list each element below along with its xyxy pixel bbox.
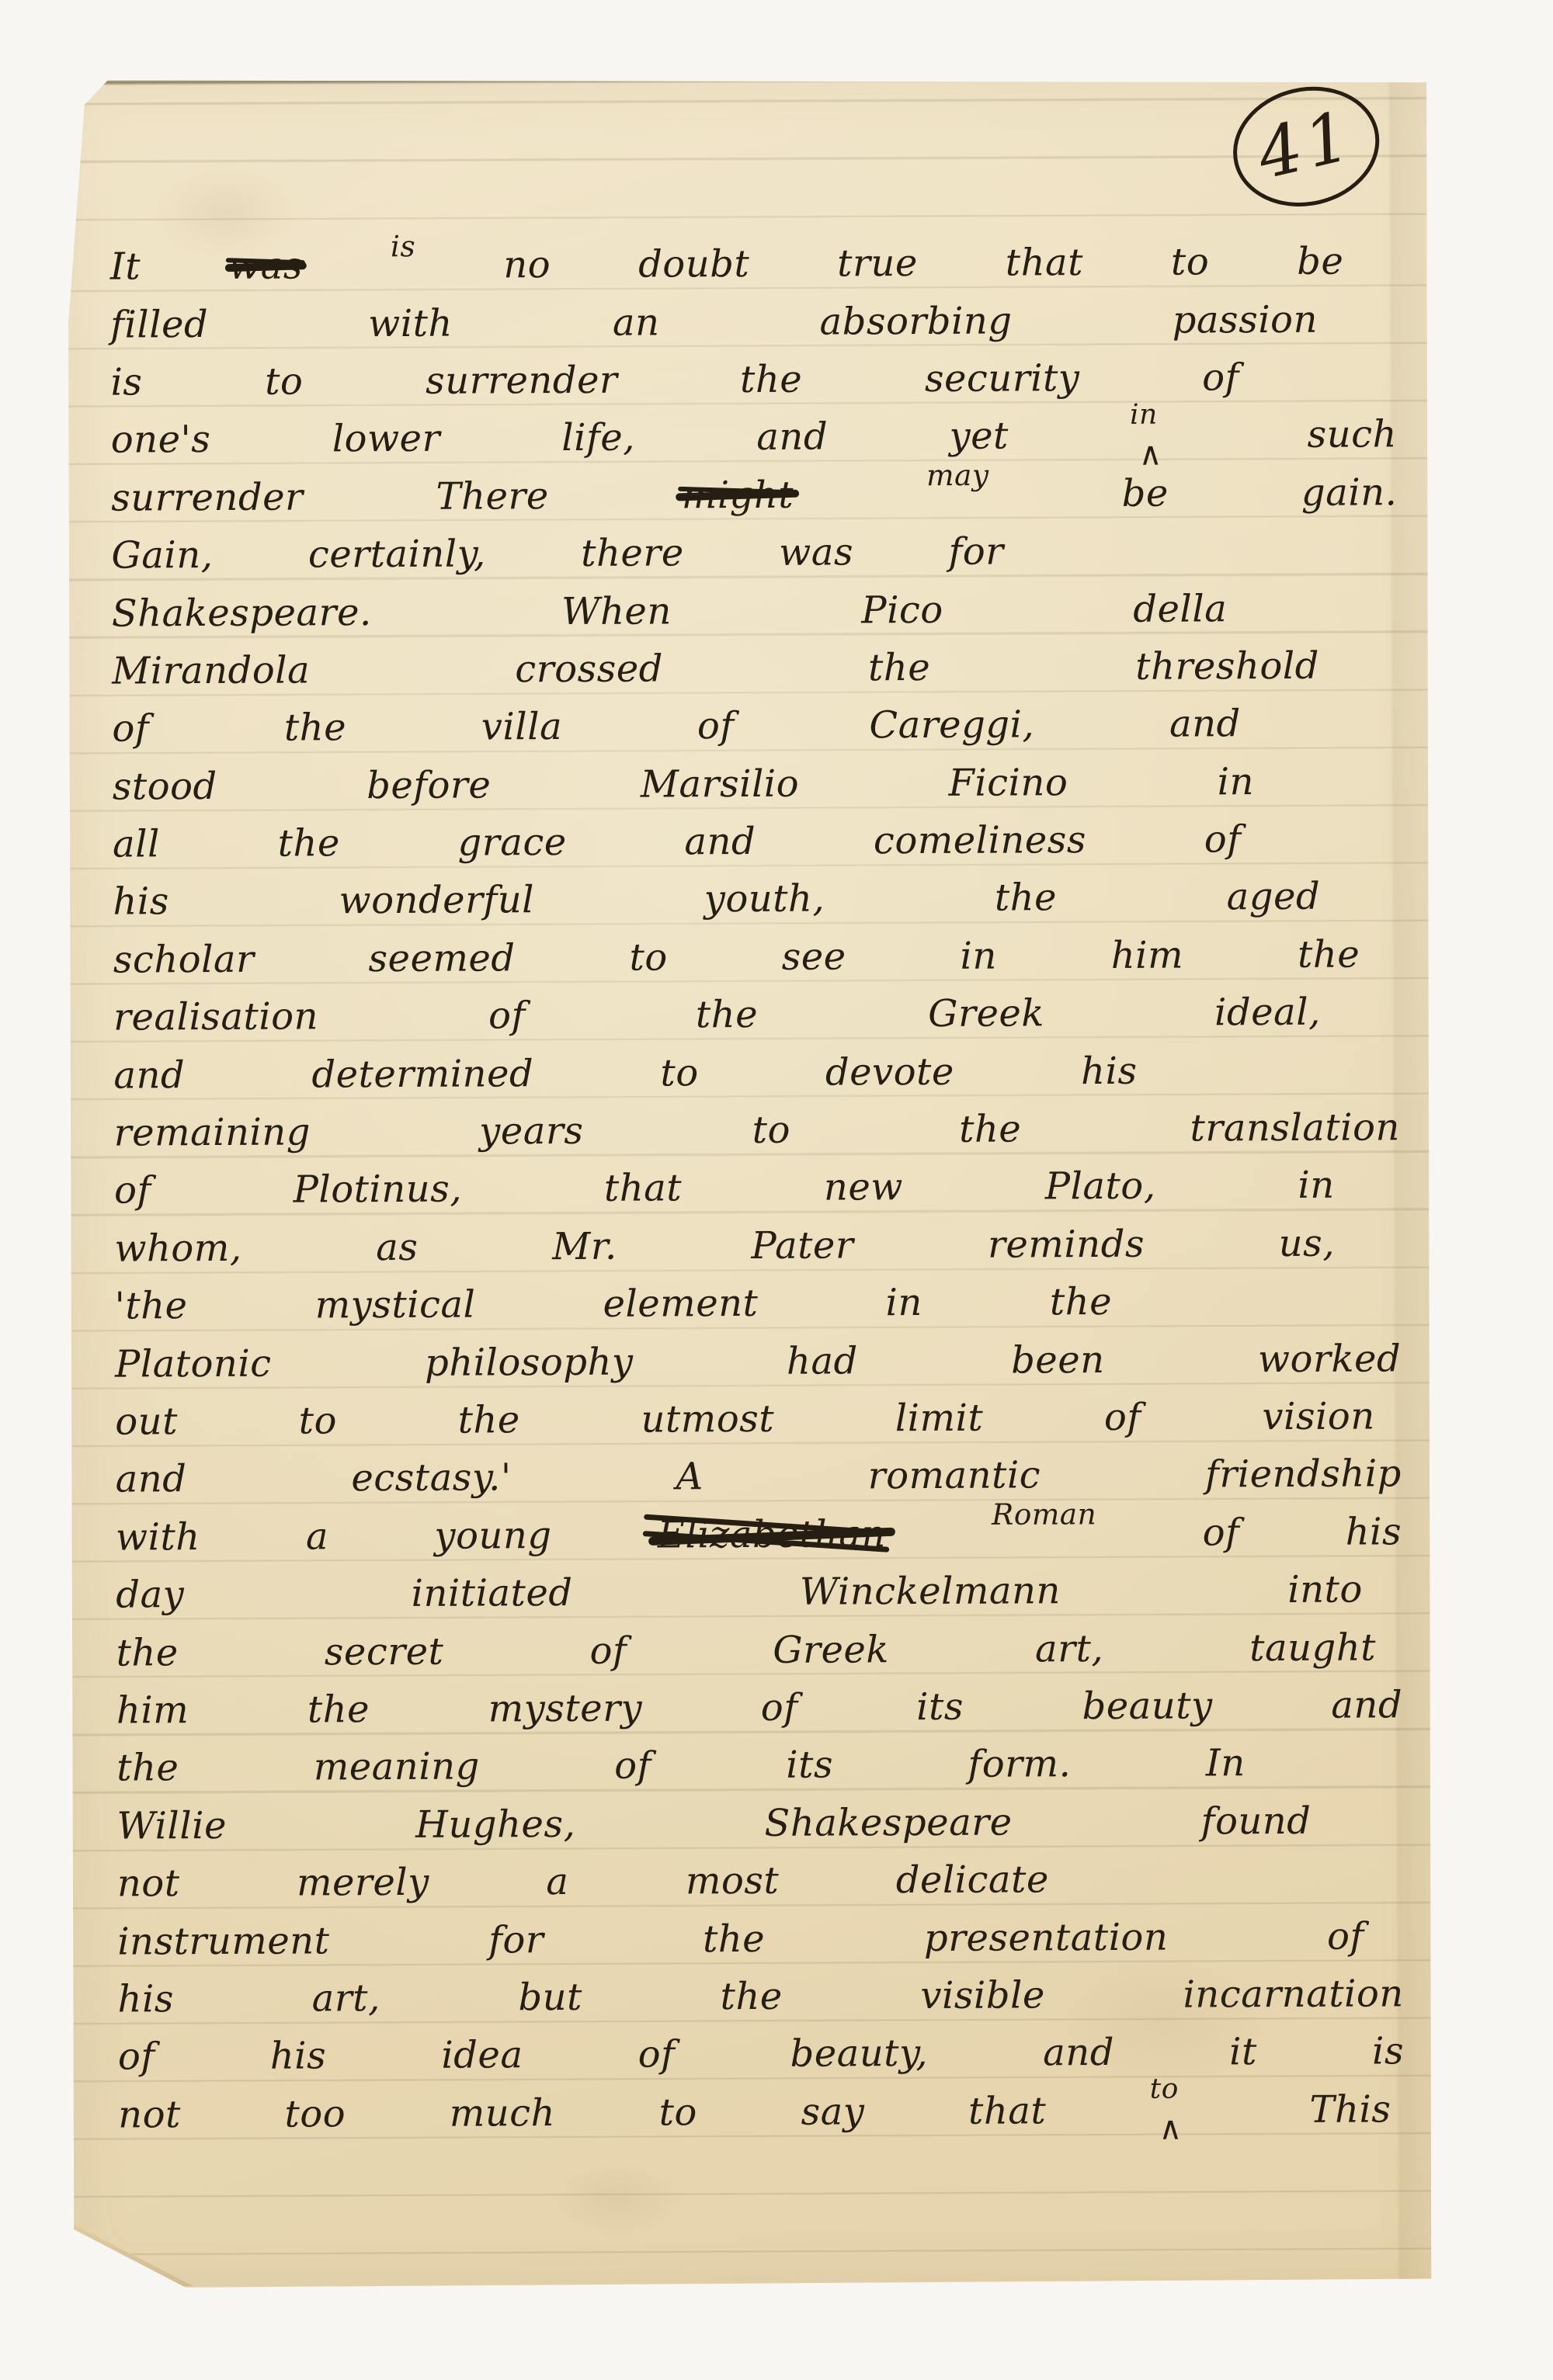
manuscript-line: Gain,certainly,therewasfor bbox=[111, 523, 1004, 585]
word: with bbox=[368, 301, 453, 345]
manuscript-page: 41 Itwasisnodoubttruethattobefilledwitha… bbox=[61, 75, 1437, 2289]
word: passion bbox=[1173, 297, 1318, 342]
word: of bbox=[1203, 1511, 1240, 1554]
word: translation bbox=[1190, 1105, 1400, 1150]
manuscript-line: realisationoftheGreekideal, bbox=[113, 984, 1321, 1046]
word: scholar bbox=[113, 938, 255, 982]
page-number-circle: 41 bbox=[1221, 72, 1391, 221]
word: in bbox=[1218, 760, 1255, 803]
inserted-word: Roman bbox=[992, 1497, 1096, 1532]
word: security bbox=[925, 356, 1080, 401]
caret-mark: ∧ bbox=[1139, 435, 1163, 473]
word: beauty bbox=[1082, 1684, 1212, 1728]
word: had bbox=[787, 1339, 858, 1383]
word: Hughes, bbox=[415, 1802, 575, 1847]
word: determined bbox=[311, 1052, 533, 1096]
word: the bbox=[116, 1747, 179, 1790]
word: delicate bbox=[896, 1858, 1049, 1902]
manuscript-line: hisart,butthevisibleincarnation bbox=[117, 1965, 1403, 2028]
word: lower bbox=[332, 417, 440, 461]
word: incarnation bbox=[1183, 1972, 1403, 2016]
word: of bbox=[1104, 1396, 1141, 1439]
word: his bbox=[1081, 1049, 1138, 1092]
manuscript-line: Itwasisnodoubttruethattobe bbox=[110, 233, 1344, 296]
word: Ficino bbox=[948, 761, 1068, 805]
inserted-word: to bbox=[1150, 2073, 1179, 2105]
word: certainly, bbox=[308, 533, 486, 577]
word: his bbox=[117, 1977, 174, 2021]
word: crossed bbox=[515, 647, 663, 691]
word: of bbox=[761, 1686, 798, 1729]
word: art, bbox=[312, 1976, 380, 2020]
manuscript-line: filledwithanabsorbingpassion bbox=[110, 290, 1318, 353]
word: to bbox=[629, 935, 667, 979]
word: found bbox=[1201, 1799, 1312, 1844]
word: and bbox=[756, 415, 828, 459]
word: Plotinus, bbox=[294, 1167, 463, 1212]
word: to bbox=[660, 1051, 698, 1095]
word: ecstasy.' bbox=[351, 1456, 511, 1501]
word: in bbox=[960, 934, 997, 977]
word: There bbox=[436, 474, 548, 519]
struck-word: might bbox=[682, 473, 794, 517]
manuscript-line: scholarseemedtoseeinhimthe bbox=[113, 925, 1360, 988]
word: an bbox=[613, 300, 660, 344]
word: no bbox=[503, 243, 551, 286]
word: see bbox=[782, 935, 846, 978]
word: Mr. bbox=[552, 1225, 617, 1268]
word: as bbox=[376, 1226, 418, 1269]
word: of bbox=[614, 1744, 651, 1788]
word: visible bbox=[920, 1973, 1045, 2017]
struck-word: was bbox=[228, 245, 303, 288]
word: the bbox=[1050, 1280, 1112, 1324]
manuscript-line: WillieHughes,Shakespearefound bbox=[116, 1792, 1311, 1854]
word: initiated bbox=[412, 1571, 573, 1615]
word: Shakespeare. bbox=[112, 591, 372, 635]
word: ideal, bbox=[1214, 991, 1321, 1035]
word: limit bbox=[895, 1396, 984, 1440]
word: Willie bbox=[116, 1804, 227, 1848]
word: Winckelmann bbox=[800, 1569, 1061, 1613]
word: the bbox=[278, 821, 340, 865]
word: Marsilio bbox=[641, 762, 800, 806]
word: the bbox=[995, 876, 1057, 920]
folded-corner bbox=[72, 2216, 193, 2287]
word: della bbox=[1133, 587, 1227, 631]
word: the bbox=[307, 1688, 370, 1731]
word: a bbox=[546, 1860, 568, 1903]
word: A bbox=[676, 1455, 703, 1499]
word: is bbox=[110, 360, 142, 404]
word: wonderful bbox=[339, 879, 534, 923]
manuscript-line: Platonicphilosophyhadbeenworked bbox=[115, 1330, 1401, 1393]
word: Careggi, bbox=[869, 703, 1034, 748]
word: whom, bbox=[114, 1226, 241, 1271]
word: there bbox=[581, 532, 684, 576]
word: one's bbox=[111, 418, 211, 462]
word: life, bbox=[561, 416, 635, 460]
word: element bbox=[603, 1282, 758, 1326]
word: aged bbox=[1227, 875, 1321, 919]
word: is bbox=[1372, 2030, 1404, 2073]
word: Platonic bbox=[115, 1341, 272, 1386]
manuscript-line: ofthevillaofCareggi,and bbox=[112, 695, 1241, 758]
word: utmost bbox=[641, 1397, 774, 1442]
word: Pico bbox=[861, 588, 943, 631]
manuscript-line: Shakespeare.WhenPicodella bbox=[112, 580, 1228, 643]
word: When bbox=[561, 589, 672, 633]
word: him bbox=[116, 1688, 189, 1732]
word: philosophy bbox=[425, 1340, 634, 1384]
word: his bbox=[270, 2035, 327, 2078]
word: to bbox=[752, 1108, 790, 1152]
manuscript-line: whom,asMr.Paterremindsus, bbox=[114, 1214, 1335, 1277]
word: Greek bbox=[773, 1628, 889, 1672]
word: the bbox=[116, 1631, 179, 1674]
word: the bbox=[703, 1917, 765, 1960]
word: Mirandola bbox=[112, 648, 310, 692]
word: much bbox=[450, 2091, 555, 2135]
word: of bbox=[697, 704, 735, 748]
word: too bbox=[284, 2092, 346, 2135]
manuscript-line: one'slowerlife,andyetin∧such bbox=[111, 406, 1397, 470]
word: young bbox=[434, 1514, 551, 1558]
word: but bbox=[518, 1976, 582, 2019]
word: and bbox=[116, 1458, 187, 1501]
word: It bbox=[110, 245, 141, 289]
manuscript-line: surrenderTheremightmaybegain. bbox=[111, 463, 1397, 527]
manuscript-line: Mirandolacrossedthethreshold bbox=[112, 637, 1319, 700]
word: gain. bbox=[1301, 470, 1398, 515]
word: grace bbox=[457, 821, 566, 865]
word: into bbox=[1287, 1568, 1363, 1612]
word: of bbox=[638, 2033, 676, 2076]
manuscript-line: remainingyearstothetranslation bbox=[114, 1098, 1400, 1162]
word: and bbox=[113, 1053, 185, 1097]
inserted-word: in bbox=[1130, 398, 1158, 430]
word: in bbox=[885, 1281, 922, 1324]
manuscript-line: withayoungElizabethanRomanofhis bbox=[116, 1503, 1402, 1566]
word: its bbox=[786, 1743, 833, 1787]
word: of bbox=[118, 2035, 155, 2079]
manuscript-text: Itwasisnodoubttruethattobefilledwithanab… bbox=[110, 232, 1431, 2143]
word: that bbox=[968, 2089, 1046, 2132]
word: with bbox=[116, 1515, 200, 1559]
manuscript-line: himthemysteryofitsbeautyand bbox=[116, 1676, 1402, 1740]
word: to bbox=[299, 1399, 337, 1442]
word: beauty, bbox=[790, 2031, 928, 2076]
word: years bbox=[479, 1109, 583, 1154]
word: the bbox=[1298, 932, 1360, 976]
word: his bbox=[1346, 1510, 1402, 1553]
word: doubt bbox=[638, 242, 749, 286]
word: the bbox=[720, 1975, 782, 2018]
word: Shakespeare bbox=[764, 1800, 1012, 1844]
inserted-word: may bbox=[926, 458, 989, 492]
word: of bbox=[488, 994, 526, 1038]
word: of bbox=[589, 1629, 627, 1672]
word: surrender bbox=[426, 359, 618, 403]
word: stood bbox=[113, 765, 217, 809]
manuscript-line: stoodbeforeMarsilioFicinoin bbox=[113, 753, 1255, 816]
word: filled bbox=[110, 303, 208, 347]
manuscript-line: hiswonderfulyouth,theaged bbox=[113, 868, 1320, 931]
word: and bbox=[1043, 2031, 1114, 2074]
manuscript-line: nottoomuchtosaythatto∧This bbox=[118, 2080, 1391, 2144]
word: secret bbox=[325, 1629, 444, 1674]
word: before bbox=[367, 763, 491, 807]
word: and bbox=[684, 820, 756, 863]
word: and bbox=[1169, 703, 1241, 746]
word: that bbox=[604, 1167, 682, 1210]
word: all bbox=[113, 822, 160, 866]
word: to bbox=[265, 359, 303, 403]
word: out bbox=[115, 1400, 178, 1443]
word: us, bbox=[1279, 1222, 1336, 1265]
word: vision bbox=[1262, 1394, 1375, 1438]
manuscript-line: ofhisideaofbeauty,anditis bbox=[118, 2022, 1404, 2086]
word: Plato, bbox=[1045, 1164, 1156, 1209]
word: instrument bbox=[117, 1919, 329, 1963]
word: villa bbox=[481, 705, 563, 748]
word: and bbox=[1331, 1683, 1402, 1726]
word: presentation bbox=[924, 1915, 1169, 1959]
word: Gain, bbox=[111, 533, 213, 578]
manuscript-line: 'themysticalelementinthe bbox=[115, 1273, 1113, 1335]
word: of bbox=[114, 1169, 151, 1213]
word: 'the bbox=[115, 1284, 188, 1327]
manuscript-line: themeaningofitsform.In bbox=[116, 1734, 1246, 1797]
word: say bbox=[801, 2090, 864, 2133]
scan-background: 41 Itwasisnodoubttruethattobefilledwitha… bbox=[0, 0, 1553, 2380]
word: new bbox=[824, 1166, 903, 1209]
word: of bbox=[1202, 356, 1239, 399]
word: for bbox=[488, 1918, 544, 1962]
word: of bbox=[112, 707, 149, 751]
word: devote bbox=[825, 1050, 954, 1095]
word: realisation bbox=[113, 995, 318, 1039]
word: This bbox=[1309, 2087, 1391, 2131]
word: to bbox=[1171, 241, 1209, 284]
word: his bbox=[113, 880, 169, 924]
word: a bbox=[306, 1514, 328, 1558]
word: to bbox=[659, 2090, 697, 2134]
caret-mark: ∧ bbox=[1159, 2110, 1183, 2147]
word: the bbox=[696, 993, 758, 1036]
word: seemed bbox=[368, 936, 515, 980]
word: remaining bbox=[114, 1111, 311, 1155]
word: of bbox=[1327, 1914, 1364, 1958]
inserted-word-with-caret: in∧ bbox=[1130, 417, 1186, 454]
manuscript-line: ofPlotinus,thatnewPlato,in bbox=[114, 1157, 1335, 1219]
word: art, bbox=[1035, 1627, 1103, 1671]
manuscript-line: allthegraceandcomelinessof bbox=[113, 810, 1242, 873]
word: the bbox=[284, 706, 346, 750]
word: in bbox=[1298, 1164, 1335, 1207]
word: surrender bbox=[111, 475, 304, 519]
word: be bbox=[1297, 240, 1343, 283]
page-number: 41 bbox=[1249, 95, 1361, 195]
manuscript-line: andecstasy.'Aromanticfriendship bbox=[116, 1445, 1402, 1509]
word: that bbox=[1006, 241, 1083, 284]
word: the bbox=[740, 358, 802, 401]
manuscript-line: anddeterminedtodevotehis bbox=[113, 1042, 1137, 1104]
word: friendship bbox=[1205, 1452, 1402, 1497]
word: him bbox=[1111, 933, 1184, 977]
word: the bbox=[458, 1398, 520, 1442]
word: taught bbox=[1249, 1625, 1376, 1670]
word: not bbox=[117, 1861, 180, 1905]
word: be bbox=[1122, 471, 1169, 515]
word: for bbox=[948, 530, 1003, 574]
word: it bbox=[1229, 2030, 1257, 2073]
word: threshold bbox=[1135, 644, 1319, 689]
word: the bbox=[868, 646, 930, 689]
word: been bbox=[1011, 1338, 1105, 1383]
manuscript-line: dayinitiatedWinckelmanninto bbox=[116, 1561, 1363, 1624]
inserted-word-with-caret: to∧ bbox=[1150, 2091, 1206, 2128]
word: mystery bbox=[488, 1687, 643, 1731]
word: mystical bbox=[315, 1283, 476, 1327]
word: merely bbox=[297, 1861, 429, 1905]
word: its bbox=[916, 1685, 964, 1729]
word: such bbox=[1307, 413, 1397, 457]
word: most bbox=[686, 1859, 780, 1903]
manuscript-line: istosurrenderthesecurityof bbox=[110, 349, 1239, 411]
word: of bbox=[1204, 817, 1242, 861]
word: absorbing bbox=[819, 299, 1012, 343]
word: day bbox=[116, 1573, 184, 1616]
inserted-word: is bbox=[391, 229, 415, 263]
word: comeliness bbox=[874, 818, 1086, 862]
word: idea bbox=[441, 2034, 523, 2077]
word: not bbox=[118, 2093, 181, 2136]
word: Pater bbox=[751, 1223, 853, 1268]
word: Greek bbox=[928, 992, 1044, 1036]
manuscript-line: instrumentforthepresentationof bbox=[117, 1907, 1364, 1970]
manuscript-line: outtotheutmostlimitofvision bbox=[115, 1387, 1375, 1450]
word: was bbox=[779, 531, 853, 574]
word: form. bbox=[968, 1743, 1071, 1787]
manuscript-line: thesecretofGreekart,taught bbox=[116, 1618, 1376, 1681]
manuscript-line: notmerelyamostdelicate bbox=[117, 1851, 1049, 1913]
word: reminds bbox=[988, 1223, 1145, 1267]
struck-word: Elizabethan bbox=[658, 1512, 886, 1556]
word: youth, bbox=[704, 877, 825, 921]
word: romantic bbox=[868, 1454, 1041, 1498]
word: yet bbox=[949, 415, 1009, 458]
word: the bbox=[959, 1108, 1021, 1151]
word: worked bbox=[1258, 1337, 1401, 1381]
word: true bbox=[837, 241, 918, 285]
word: meaning bbox=[314, 1745, 480, 1789]
word: In bbox=[1206, 1742, 1246, 1785]
